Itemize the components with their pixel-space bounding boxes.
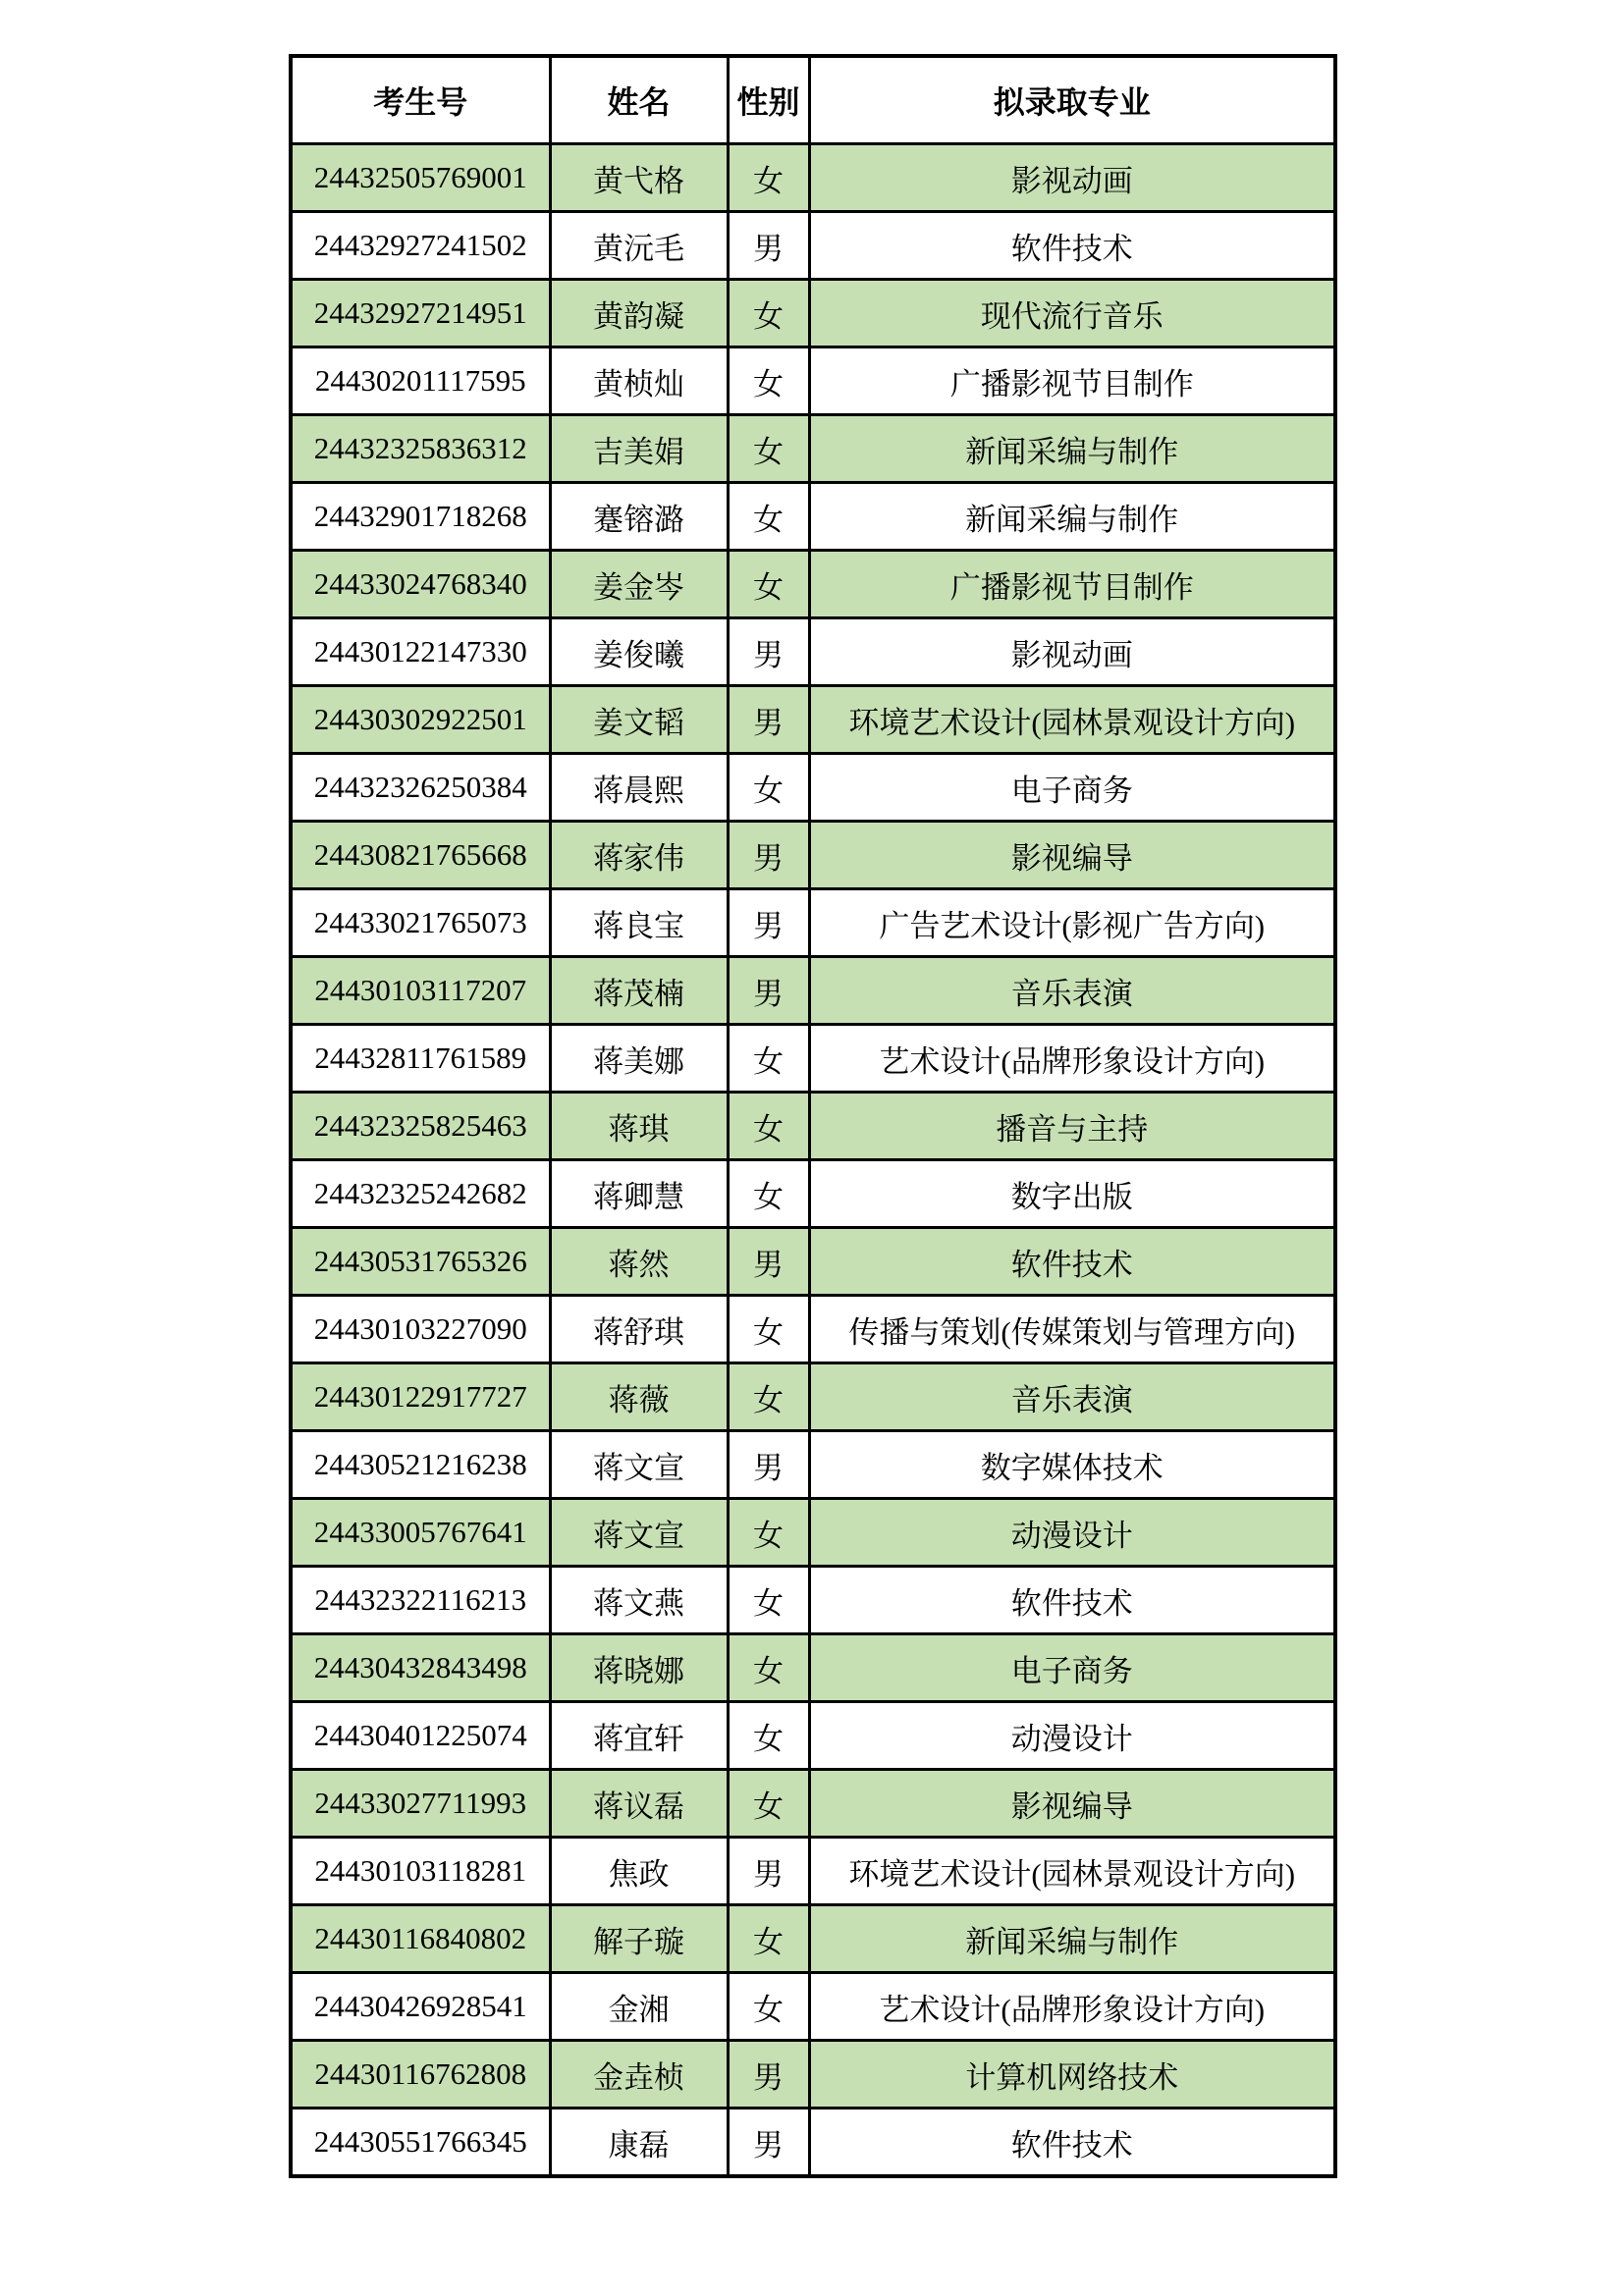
table-row: 24433024768340姜金岑女广播影视节目制作 (291, 551, 1335, 618)
gender-cell: 女 (728, 1093, 809, 1160)
name-cell: 黄韵凝 (550, 280, 728, 347)
gender-cell: 男 (728, 1838, 809, 1905)
name-cell: 蒋文燕 (550, 1567, 728, 1634)
table-row: 24432325242682蒋卿慧女数字出版 (291, 1160, 1335, 1228)
candidate-id-cell: 24433024768340 (291, 551, 550, 618)
gender-cell: 男 (728, 889, 809, 957)
candidate-id-cell: 24430401225074 (291, 1702, 550, 1770)
candidate-id-cell: 24432927214951 (291, 280, 550, 347)
name-cell: 蒋舒琪 (550, 1296, 728, 1363)
gender-cell: 男 (728, 212, 809, 280)
major-cell: 广播影视节目制作 (809, 551, 1335, 618)
name-cell: 蒋家伟 (550, 822, 728, 889)
table-row: 24432927214951黄韵凝女现代流行音乐 (291, 280, 1335, 347)
gender-cell: 女 (728, 1499, 809, 1567)
gender-cell: 女 (728, 483, 809, 551)
candidate-id-cell: 24432325242682 (291, 1160, 550, 1228)
col-header-candidate-id: 考生号 (291, 56, 550, 144)
name-cell: 蒋良宝 (550, 889, 728, 957)
name-cell: 黄桢灿 (550, 347, 728, 415)
name-cell: 蒋宜轩 (550, 1702, 728, 1770)
major-cell: 软件技术 (809, 1567, 1335, 1634)
table-row: 24430821765668蒋家伟男影视编导 (291, 822, 1335, 889)
admission-table: 考生号 姓名 性别 拟录取专业 24432505769001黄弋格女影视动画24… (289, 54, 1337, 2178)
table-row: 24430122917727蒋薇女音乐表演 (291, 1363, 1335, 1431)
candidate-id-cell: 24433021765073 (291, 889, 550, 957)
gender-cell: 女 (728, 347, 809, 415)
major-cell: 软件技术 (809, 1228, 1335, 1296)
table-row: 24432325825463蒋琪女播音与主持 (291, 1093, 1335, 1160)
name-cell: 蒋茂楠 (550, 957, 728, 1025)
table-row: 24432326250384蒋晨熙女电子商务 (291, 754, 1335, 822)
major-cell: 电子商务 (809, 1634, 1335, 1702)
gender-cell: 女 (728, 1567, 809, 1634)
gender-cell: 女 (728, 1634, 809, 1702)
gender-cell: 男 (728, 2041, 809, 2109)
name-cell: 姜文韬 (550, 686, 728, 754)
gender-cell: 女 (728, 1770, 809, 1838)
gender-cell: 女 (728, 144, 809, 212)
table-row: 24430103117207蒋茂楠男音乐表演 (291, 957, 1335, 1025)
table-row: 24432325836312吉美娟女新闻采编与制作 (291, 415, 1335, 483)
table-row: 24430122147330姜俊曦男影视动画 (291, 618, 1335, 686)
name-cell: 焦政 (550, 1838, 728, 1905)
gender-cell: 女 (728, 1905, 809, 1973)
gender-cell: 女 (728, 1363, 809, 1431)
name-cell: 蒋薇 (550, 1363, 728, 1431)
gender-cell: 女 (728, 1973, 809, 2041)
gender-cell: 女 (728, 551, 809, 618)
col-header-name: 姓名 (550, 56, 728, 144)
candidate-id-cell: 24433027711993 (291, 1770, 550, 1838)
name-cell: 蒋晨熙 (550, 754, 728, 822)
candidate-id-cell: 24432325825463 (291, 1093, 550, 1160)
name-cell: 蒋琪 (550, 1093, 728, 1160)
candidate-id-cell: 24430116762808 (291, 2041, 550, 2109)
name-cell: 蒋卿慧 (550, 1160, 728, 1228)
gender-cell: 女 (728, 1702, 809, 1770)
candidate-id-cell: 24430122917727 (291, 1363, 550, 1431)
table-row: 24430103227090蒋舒琪女传播与策划(传媒策划与管理方向) (291, 1296, 1335, 1363)
major-cell: 电子商务 (809, 754, 1335, 822)
name-cell: 解子璇 (550, 1905, 728, 1973)
major-cell: 新闻采编与制作 (809, 483, 1335, 551)
header-row: 考生号 姓名 性别 拟录取专业 (291, 56, 1335, 144)
gender-cell: 女 (728, 754, 809, 822)
table-row: 24433027711993蒋议磊女影视编导 (291, 1770, 1335, 1838)
table-row: 24430302922501姜文韬男环境艺术设计(园林景观设计方向) (291, 686, 1335, 754)
gender-cell: 男 (728, 1431, 809, 1499)
major-cell: 动漫设计 (809, 1499, 1335, 1567)
major-cell: 传播与策划(传媒策划与管理方向) (809, 1296, 1335, 1363)
major-cell: 艺术设计(品牌形象设计方向) (809, 1973, 1335, 2041)
table-row: 24432322116213蒋文燕女软件技术 (291, 1567, 1335, 1634)
major-cell: 影视编导 (809, 1770, 1335, 1838)
major-cell: 环境艺术设计(园林景观设计方向) (809, 1838, 1335, 1905)
table-row: 24433021765073蒋良宝男广告艺术设计(影视广告方向) (291, 889, 1335, 957)
major-cell: 广播影视节目制作 (809, 347, 1335, 415)
candidate-id-cell: 24430116840802 (291, 1905, 550, 1973)
gender-cell: 男 (728, 2109, 809, 2177)
table-body: 24432505769001黄弋格女影视动画24432927241502黄沅毛男… (291, 144, 1335, 2177)
candidate-id-cell: 24430531765326 (291, 1228, 550, 1296)
candidate-id-cell: 24433005767641 (291, 1499, 550, 1567)
gender-cell: 女 (728, 1160, 809, 1228)
candidate-id-cell: 24432901718268 (291, 483, 550, 551)
major-cell: 音乐表演 (809, 957, 1335, 1025)
candidate-id-cell: 24432322116213 (291, 1567, 550, 1634)
gender-cell: 女 (728, 1296, 809, 1363)
gender-cell: 男 (728, 618, 809, 686)
candidate-id-cell: 24432505769001 (291, 144, 550, 212)
candidate-id-cell: 24432927241502 (291, 212, 550, 280)
table-row: 24430116762808金垚桢男计算机网络技术 (291, 2041, 1335, 2109)
name-cell: 蒋然 (550, 1228, 728, 1296)
major-cell: 新闻采编与制作 (809, 1905, 1335, 1973)
name-cell: 黄沅毛 (550, 212, 728, 280)
name-cell: 姜金岑 (550, 551, 728, 618)
name-cell: 蹇镕潞 (550, 483, 728, 551)
col-header-major: 拟录取专业 (809, 56, 1335, 144)
col-header-gender: 性别 (728, 56, 809, 144)
table-row: 24432927241502黄沅毛男软件技术 (291, 212, 1335, 280)
name-cell: 吉美娟 (550, 415, 728, 483)
name-cell: 金垚桢 (550, 2041, 728, 2109)
table-row: 24432505769001黄弋格女影视动画 (291, 144, 1335, 212)
table-header: 考生号 姓名 性别 拟录取专业 (291, 56, 1335, 144)
gender-cell: 女 (728, 415, 809, 483)
major-cell: 影视动画 (809, 144, 1335, 212)
table-row: 24432901718268蹇镕潞女新闻采编与制作 (291, 483, 1335, 551)
table-row: 24432811761589蒋美娜女艺术设计(品牌形象设计方向) (291, 1025, 1335, 1093)
name-cell: 姜俊曦 (550, 618, 728, 686)
name-cell: 蒋晓娜 (550, 1634, 728, 1702)
name-cell: 金湘 (550, 1973, 728, 2041)
major-cell: 新闻采编与制作 (809, 415, 1335, 483)
major-cell: 播音与主持 (809, 1093, 1335, 1160)
table-row: 24430401225074蒋宜轩女动漫设计 (291, 1702, 1335, 1770)
table-row: 24430551766345康磊男软件技术 (291, 2109, 1335, 2177)
name-cell: 蒋美娜 (550, 1025, 728, 1093)
table-row: 24430201117595黄桢灿女广播影视节目制作 (291, 347, 1335, 415)
candidate-id-cell: 24432325836312 (291, 415, 550, 483)
major-cell: 现代流行音乐 (809, 280, 1335, 347)
candidate-id-cell: 24430821765668 (291, 822, 550, 889)
major-cell: 动漫设计 (809, 1702, 1335, 1770)
candidate-id-cell: 24432811761589 (291, 1025, 550, 1093)
major-cell: 环境艺术设计(园林景观设计方向) (809, 686, 1335, 754)
table-row: 24430531765326蒋然男软件技术 (291, 1228, 1335, 1296)
candidate-id-cell: 24430551766345 (291, 2109, 550, 2177)
name-cell: 蒋文宣 (550, 1499, 728, 1567)
gender-cell: 男 (728, 686, 809, 754)
candidate-id-cell: 24430426928541 (291, 1973, 550, 2041)
gender-cell: 女 (728, 280, 809, 347)
name-cell: 蒋文宣 (550, 1431, 728, 1499)
candidate-id-cell: 24432326250384 (291, 754, 550, 822)
candidate-id-cell: 24430432843498 (291, 1634, 550, 1702)
major-cell: 数字出版 (809, 1160, 1335, 1228)
candidate-id-cell: 24430103227090 (291, 1296, 550, 1363)
table-row: 24430103118281焦政男环境艺术设计(园林景观设计方向) (291, 1838, 1335, 1905)
gender-cell: 女 (728, 1025, 809, 1093)
major-cell: 软件技术 (809, 2109, 1335, 2177)
table-row: 24433005767641蒋文宣女动漫设计 (291, 1499, 1335, 1567)
gender-cell: 男 (728, 957, 809, 1025)
major-cell: 影视编导 (809, 822, 1335, 889)
candidate-id-cell: 24430302922501 (291, 686, 550, 754)
candidate-id-cell: 24430122147330 (291, 618, 550, 686)
name-cell: 黄弋格 (550, 144, 728, 212)
major-cell: 计算机网络技术 (809, 2041, 1335, 2109)
major-cell: 艺术设计(品牌形象设计方向) (809, 1025, 1335, 1093)
table-row: 24430521216238蒋文宣男数字媒体技术 (291, 1431, 1335, 1499)
candidate-id-cell: 24430521216238 (291, 1431, 550, 1499)
name-cell: 康磊 (550, 2109, 728, 2177)
major-cell: 软件技术 (809, 212, 1335, 280)
table-row: 24430116840802解子璇女新闻采编与制作 (291, 1905, 1335, 1973)
candidate-id-cell: 24430103118281 (291, 1838, 550, 1905)
major-cell: 广告艺术设计(影视广告方向) (809, 889, 1335, 957)
major-cell: 影视动画 (809, 618, 1335, 686)
gender-cell: 男 (728, 1228, 809, 1296)
candidate-id-cell: 24430103117207 (291, 957, 550, 1025)
table-row: 24430432843498蒋晓娜女电子商务 (291, 1634, 1335, 1702)
name-cell: 蒋议磊 (550, 1770, 728, 1838)
major-cell: 音乐表演 (809, 1363, 1335, 1431)
candidate-id-cell: 24430201117595 (291, 347, 550, 415)
gender-cell: 男 (728, 822, 809, 889)
table-row: 24430426928541金湘女艺术设计(品牌形象设计方向) (291, 1973, 1335, 2041)
major-cell: 数字媒体技术 (809, 1431, 1335, 1499)
